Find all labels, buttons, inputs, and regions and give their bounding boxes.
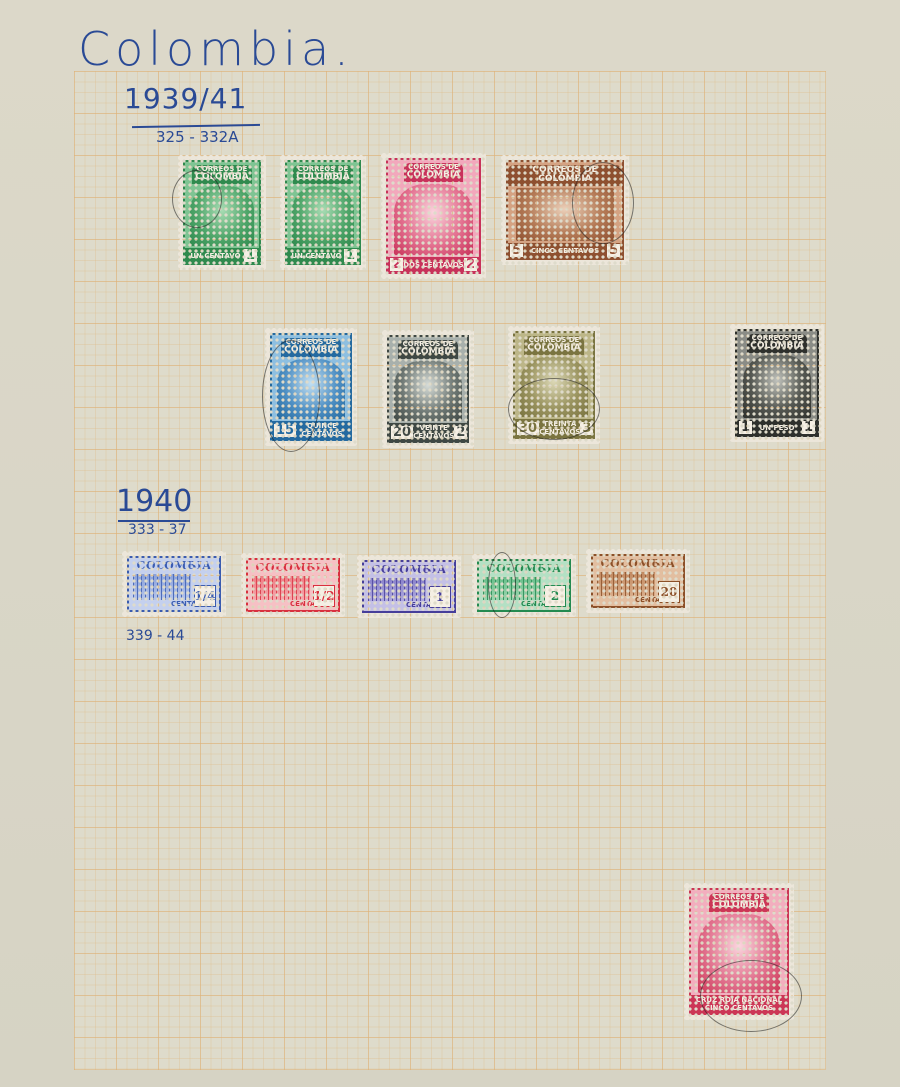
stamp-country: COLOMBIA [712,901,765,910]
stamp-coat-of-arms-15c[interactable]: CORREOS DECOLOMBIA 15QUINCE CENTAVOS [265,328,357,446]
stamp-cruz-roja-5c[interactable]: CORREOS DECOLOMBIA CRUZ ROJA NACIONALCIN… [684,883,794,1020]
stamp-bolivar-1c-b[interactable]: CORREOS DECOLOMBIA UN CENTAVO1 [280,155,366,270]
stamp-palacio-half-c[interactable]: COLOMBIA CENTAVO 1/2 [241,553,345,617]
portrait-image [743,355,812,418]
stamp-palacio-2c[interactable]: COLOMBIA CENTAVOS 2 [472,554,576,617]
stamp-denomination: 30 [580,422,595,435]
oil-derricks-image [394,184,472,255]
columbus-portrait-image [394,361,461,421]
stamp-value-text: CINCO CENTAVOS [705,1004,773,1012]
stamp-value-text: CINCO CENTAVOS [523,247,607,255]
stamp-denomination: 1 [802,421,815,434]
stamp-denomination: 2 [390,258,403,271]
stamp-denomination: 1 [429,586,451,608]
stamp-coffee-5c[interactable]: CORREOS DE COLOMBIA 5CINCO CENTAVOS5 [501,155,629,265]
stamp-country: COLOMBIA [364,563,454,576]
stamp-header: CORREOS DE COLOMBIA [511,166,619,185]
coffee-harvest-image [516,188,614,241]
stamp-denomination: 2 [464,258,477,271]
stamp-country: COLOMBIA [296,173,349,182]
portrait-image [292,186,354,246]
stamp-denomination: 1 [739,421,752,434]
catalog-range-1: 325 - 332A [156,128,238,146]
stamp-colon-20c[interactable]: CORREOS DECOLOMBIA 20VEINTE CENTAVOS20 [382,330,474,448]
stamp-denomination: 1/2 [313,585,335,607]
coat-of-arms-image [277,359,344,419]
stamp-petroleras-2c[interactable]: CORREOS DECOLOMBIA 2DOS CENTAVOS2 [381,153,486,279]
red-cross-allegory-image [698,914,781,993]
stamp-value-text: DOS CENTAVOS [403,261,464,269]
building-image [368,578,426,601]
portrait-image [520,357,587,417]
stamp-denomination: 15 [274,424,296,437]
stamp-value-text: UN CENTAVO [289,252,344,260]
stamp-denomination: 20 [658,581,680,603]
year-label-1940: 1940 [116,484,192,519]
stamp-value-text: UN CENTAVO [187,252,244,260]
catalog-range-3: 339 - 44 [126,628,185,644]
building-image [133,574,191,600]
stamp-country: COLOMBIA [407,171,460,180]
portrait-image [190,186,254,246]
stamp-country: COLOMBIA [593,557,683,570]
stamp-bolivar-1c-a[interactable]: CORREOS DECOLOMBIA UN CENTAVO1 [178,155,266,270]
stamp-denomination: 20 [454,426,469,439]
stamp-country: COLOMBIA [479,562,569,575]
stamp-country: COLOMBIA [248,561,338,574]
stamp-country: COLOMBIA [129,559,219,572]
year-label-1939-41: 1939/41 [124,82,247,115]
stamp-country: COLOMBIA [527,344,580,353]
album-page: Colombia. 1939/41 325 - 332A CORREOS DEC… [0,0,900,1087]
stamp-denomination: 30 [517,422,539,435]
stamp-value-text: QUINCE CENTAVOS [296,422,348,438]
stamp-caldas-30c[interactable]: CORREOS DECOLOMBIA 30TREINTA CENTAVOS30 [508,326,600,444]
stamp-denomination: 1/4 [194,585,216,607]
stamp-denomination: 5 [510,244,523,257]
stamp-value-text: VEINTE CENTAVOS [413,424,454,440]
stamp-value-text: UN PESO [752,424,802,432]
stamp-country: COLOMBIA [750,342,803,351]
stamp-denomination: 1 [244,249,257,262]
stamp-palacio-quarter-c[interactable]: COLOMBIA CENTAVO 1/4 [122,551,226,617]
stamp-palacio-1c[interactable]: COLOMBIA CENTAVO 1 [357,555,461,618]
stamp-denomination: 20 [391,426,413,439]
stamp-denomination: 5 [607,244,620,257]
stamp-un-peso[interactable]: CORREOS DECOLOMBIA 1UN PESO1 [730,324,824,442]
country-heading: Colombia. [78,22,354,76]
building-image [483,577,541,600]
stamp-country: COLOMBIA [401,348,454,357]
stamp-denomination: 1 [344,249,357,262]
stamp-palacio-20c[interactable]: COLOMBIA CENTAVOS 20 [586,549,690,613]
stamp-denomination: 2 [544,585,566,607]
stamp-caption: CRUZ ROJA NACIONAL [696,996,782,1004]
building-image [252,576,310,600]
stamp-country: COLOMBIA [284,346,337,355]
building-image [597,572,655,596]
stamp-country: COLOMBIA [195,173,248,182]
stamp-value-text: TREINTA CENTAVOS [539,420,580,436]
catalog-range-2: 333 - 37 [128,522,187,538]
